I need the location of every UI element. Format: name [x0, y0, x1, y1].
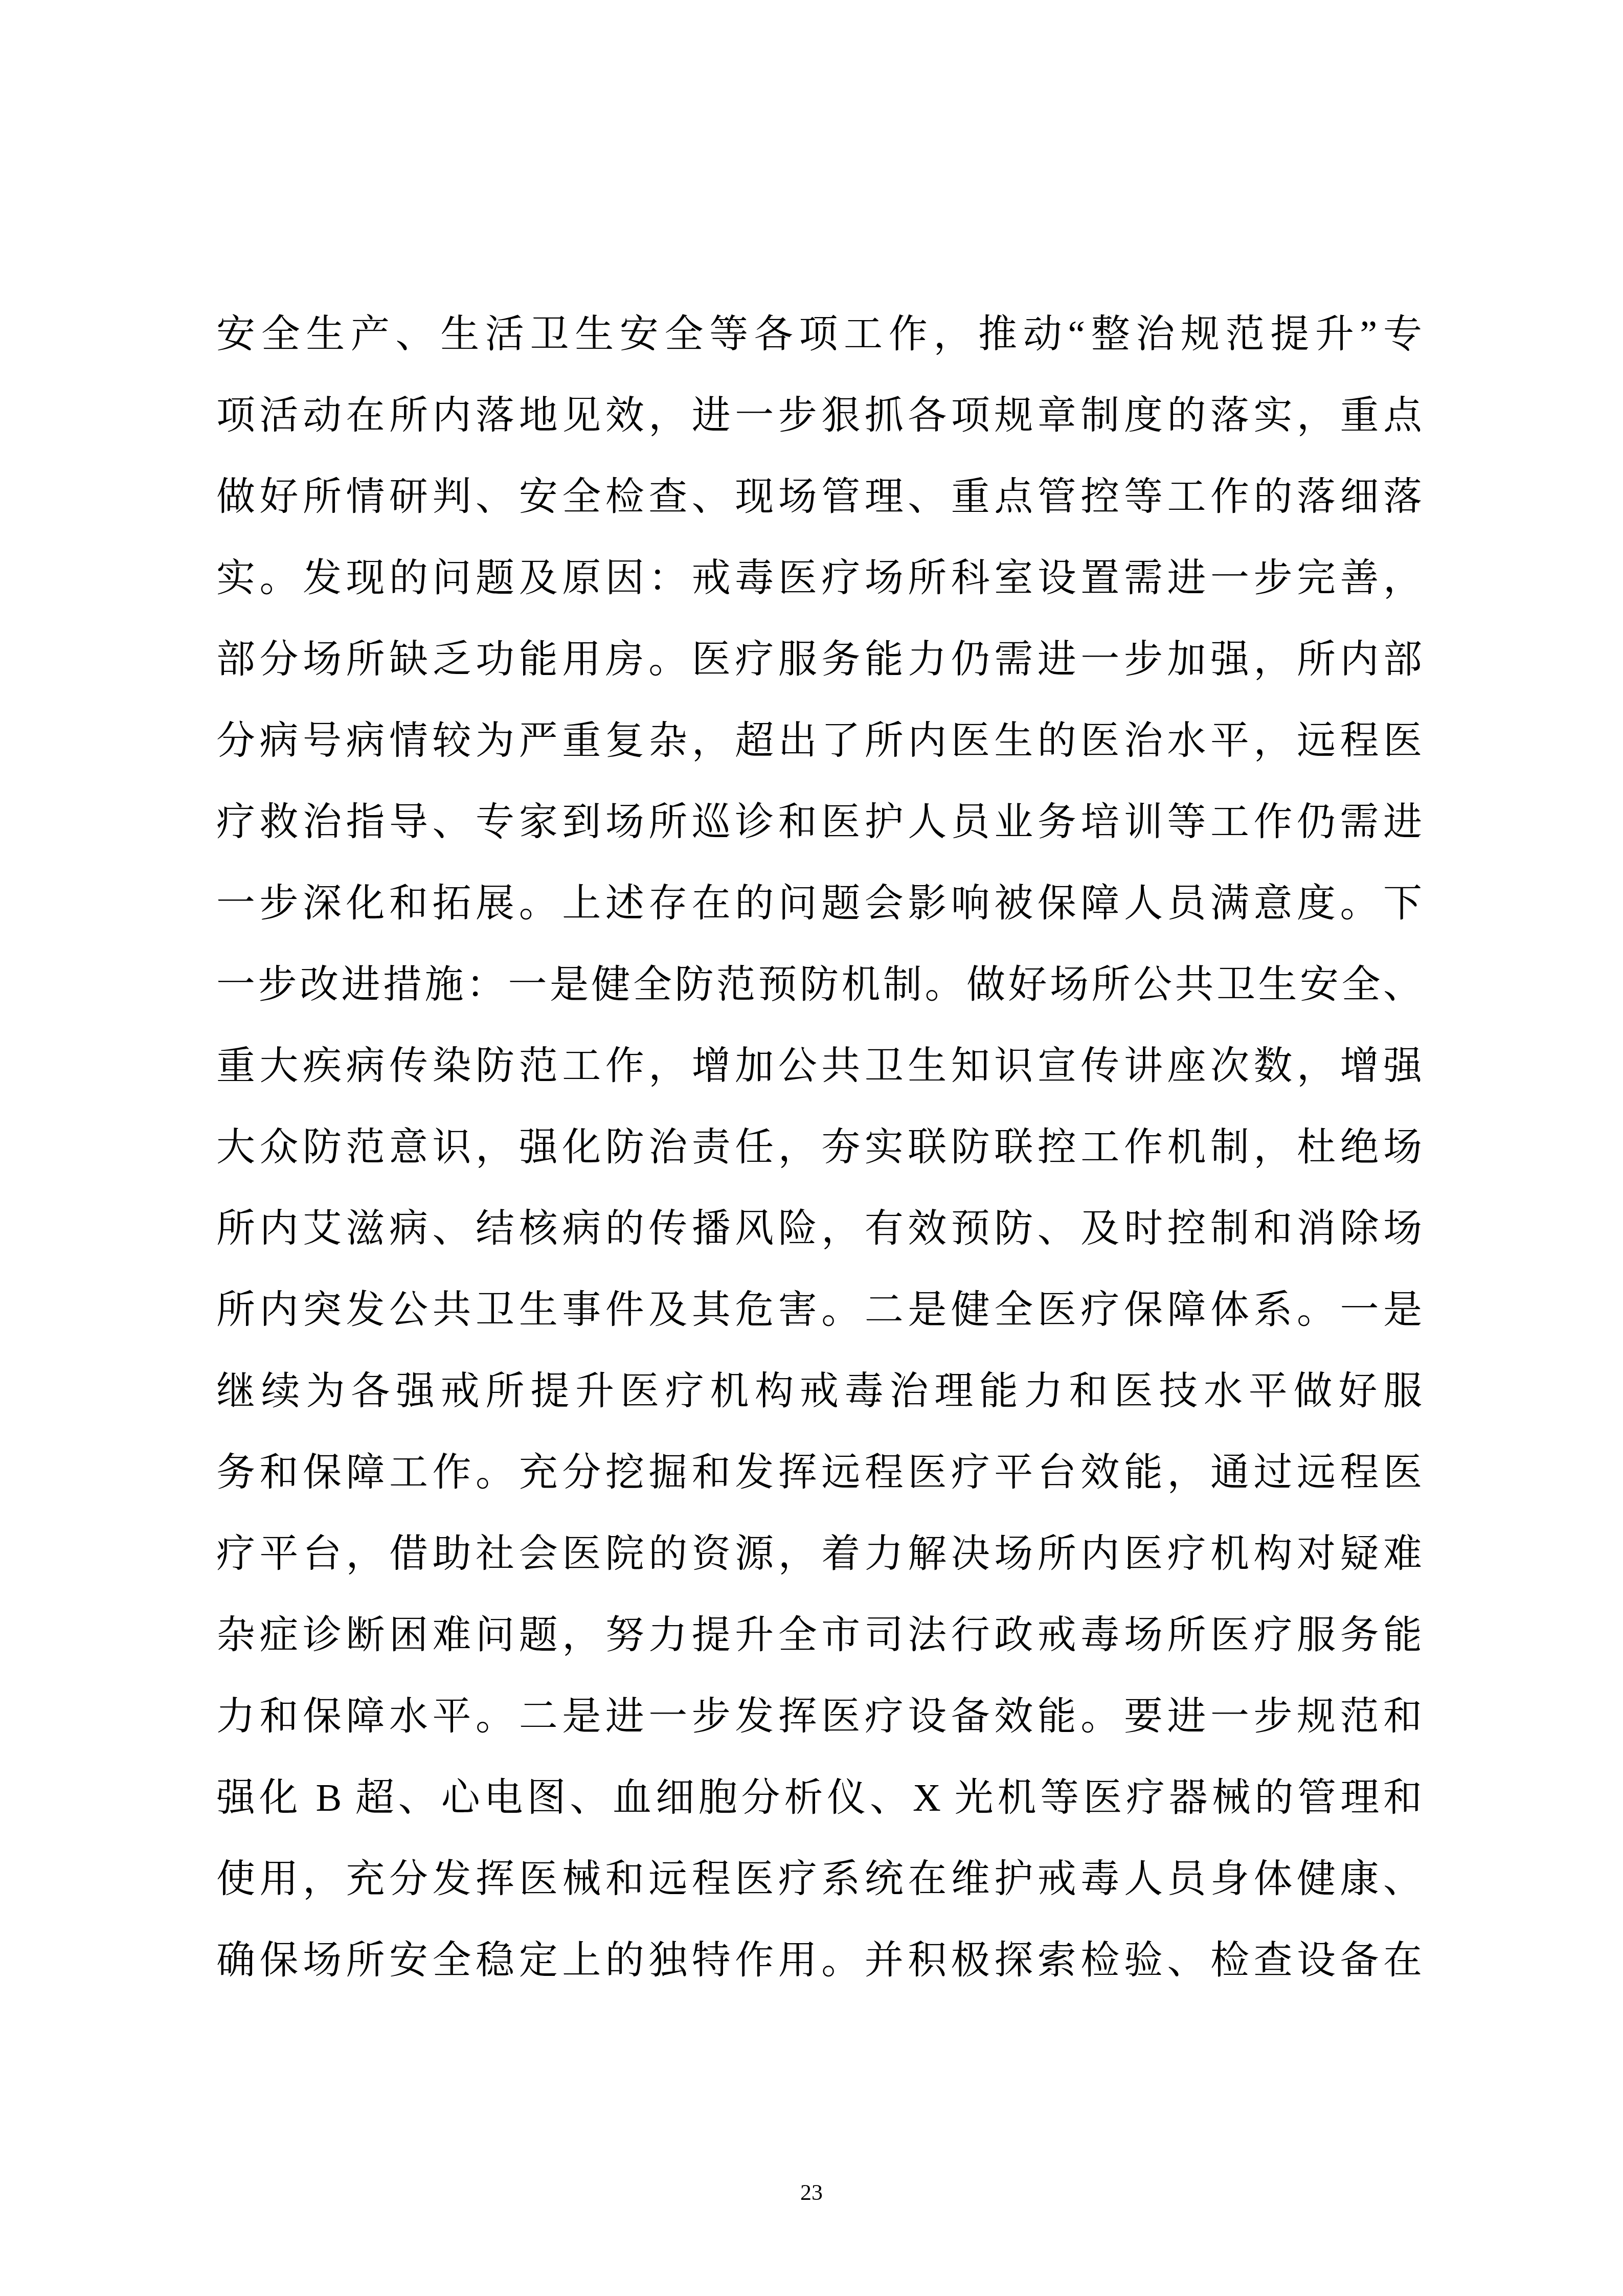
text-line: 务和保障工作。充分挖掘和发挥远程医疗平台效能，通过远程医	[216, 1432, 1422, 1514]
text-line: 确保场所安全稳定上的独特作用。并积极探索检验、检查设备在	[216, 1920, 1422, 2001]
text-line: 杂症诊断困难问题，努力提升全市司法行政戒毒场所医疗服务能	[216, 1595, 1422, 1676]
text-line: 力和保障水平。二是进一步发挥医疗设备效能。要进一步规范和	[216, 1676, 1422, 1758]
text-line: 使用，充分发挥医械和远程医疗系统在维护戒毒人员身体健康、	[216, 1839, 1422, 1920]
text-line: 疗平台，借助社会医院的资源，着力解决场所内医疗机构对疑难	[216, 1514, 1422, 1595]
text-line: 所内艾滋病、结核病的传播风险，有效预防、及时控制和消除场	[216, 1188, 1422, 1270]
text-line: 实。发现的问题及原因：戒毒医疗场所科室设置需进一步完善，	[216, 538, 1422, 619]
text-line: 强化 B 超、心电图、血细胞分析仪、X 光机等医疗器械的管理和	[216, 1758, 1422, 1839]
text-line: 部分场所缺乏功能用房。医疗服务能力仍需进一步加强，所内部	[216, 619, 1422, 701]
text-line: 安全生产、生活卫生安全等各项工作，推动“整治规范提升”专	[216, 294, 1422, 375]
text-line: 大众防范意识，强化防治责任，夯实联防联控工作机制，杜绝场	[216, 1107, 1422, 1188]
text-line: 项活动在所内落地见效，进一步狠抓各项规章制度的落实，重点	[216, 375, 1422, 457]
text-line: 重大疾病传染防范工作，增加公共卫生知识宣传讲座次数，增强	[216, 1026, 1422, 1107]
page-number: 23	[0, 2177, 1623, 2208]
text-line: 分病号病情较为严重复杂，超出了所内医生的医治水平，远程医	[216, 701, 1422, 782]
text-line: 所内突发公共卫生事件及其危害。二是健全医疗保障体系。一是	[216, 1270, 1422, 1351]
body-text-block: 安全生产、生活卫生安全等各项工作，推动“整治规范提升”专 项活动在所内落地见效，…	[216, 294, 1422, 2001]
text-line: 疗救治指导、专家到场所巡诊和医护人员业务培训等工作仍需进	[216, 782, 1422, 863]
text-line: 一步改进措施：一是健全防范预防机制。做好场所公共卫生安全、	[216, 944, 1422, 1026]
text-line: 做好所情研判、安全检查、现场管理、重点管控等工作的落细落	[216, 457, 1422, 538]
document-page: 安全生产、生活卫生安全等各项工作，推动“整治规范提升”专 项活动在所内落地见效，…	[0, 0, 1623, 2296]
text-line: 继续为各强戒所提升医疗机构戒毒治理能力和医技水平做好服	[216, 1351, 1422, 1432]
text-line: 一步深化和拓展。上述存在的问题会影响被保障人员满意度。下	[216, 863, 1422, 944]
